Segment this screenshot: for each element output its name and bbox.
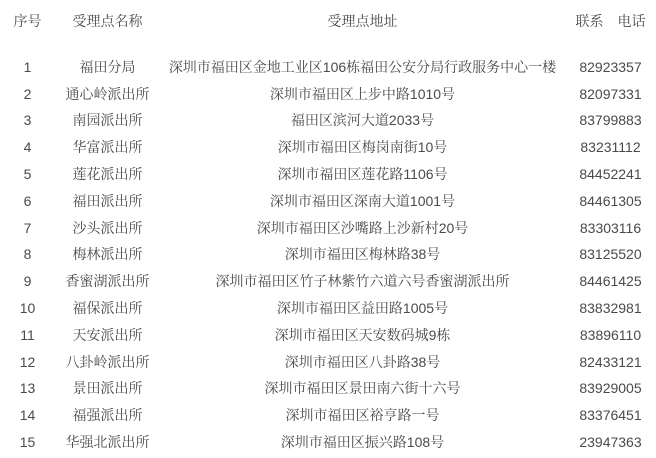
table-header-row: 序号 受理点名称 受理点地址 联系 电话 [0, 0, 656, 54]
acceptance-points-table: 序号 受理点名称 受理点地址 联系 电话 1 福田分局 深圳市福田区金地工业区1… [0, 0, 656, 456]
phone-cell: 83303116 [565, 215, 656, 242]
row-number-cell: 7 [0, 215, 55, 242]
address-cell: 深圳市福田区裕亨路一号 [160, 402, 565, 429]
phone-cell: 83376451 [565, 402, 656, 429]
table-row: 11 天安派出所 深圳市福田区天安数码城9栋 83896110 [0, 322, 656, 349]
station-name-cell: 莲花派出所 [55, 161, 160, 188]
station-name-cell: 福田分局 [55, 54, 160, 81]
address-cell: 深圳市福田区天安数码城9栋 [160, 322, 565, 349]
table-row: 2 通心岭派出所 深圳市福田区上步中路1010号 82097331 [0, 81, 656, 108]
table-row: 6 福田派出所 深圳市福田区深南大道1001号 84461305 [0, 188, 656, 215]
table-row: 7 沙头派出所 深圳市福田区沙嘴路上沙新村20号 83303116 [0, 215, 656, 242]
table-row: 12 八卦岭派出所 深圳市福田区八卦路38号 82433121 [0, 349, 656, 376]
phone-cell: 83125520 [565, 242, 656, 269]
row-number-cell: 8 [0, 242, 55, 269]
phone-cell: 83929005 [565, 376, 656, 403]
phone-cell: 83799883 [565, 108, 656, 135]
station-name-cell: 华富派出所 [55, 134, 160, 161]
row-number-cell: 13 [0, 376, 55, 403]
phone-cell: 84461425 [565, 268, 656, 295]
phone-cell: 82433121 [565, 349, 656, 376]
address-cell: 深圳市福田区竹子林紫竹六道六号香蜜湖派出所 [160, 268, 565, 295]
station-name-cell: 八卦岭派出所 [55, 349, 160, 376]
address-cell: 福田区滨河大道2033号 [160, 108, 565, 135]
row-number-cell: 2 [0, 81, 55, 108]
row-number-cell: 4 [0, 134, 55, 161]
address-cell: 深圳市福田区莲花路1106号 [160, 161, 565, 188]
station-name-cell: 天安派出所 [55, 322, 160, 349]
phone-cell: 23947363 [565, 429, 656, 456]
table-row: 9 香蜜湖派出所 深圳市福田区竹子林紫竹六道六号香蜜湖派出所 84461425 [0, 268, 656, 295]
table-row: 3 南园派出所 福田区滨河大道2033号 83799883 [0, 108, 656, 135]
column-header-address: 受理点地址 [160, 0, 565, 54]
row-number-cell: 5 [0, 161, 55, 188]
station-name-cell: 华强北派出所 [55, 429, 160, 456]
column-header-no: 序号 [0, 0, 55, 54]
address-cell: 深圳市福田区八卦路38号 [160, 349, 565, 376]
row-number-cell: 15 [0, 429, 55, 456]
row-number-cell: 10 [0, 295, 55, 322]
row-number-cell: 9 [0, 268, 55, 295]
address-cell: 深圳市福田区梅岗南街10号 [160, 134, 565, 161]
station-name-cell: 福保派出所 [55, 295, 160, 322]
table-row: 1 福田分局 深圳市福田区金地工业区106栋福田公安分局行政服务中心一楼 829… [0, 54, 656, 81]
station-name-cell: 福田派出所 [55, 188, 160, 215]
station-name-cell: 南园派出所 [55, 108, 160, 135]
address-cell: 深圳市福田区沙嘴路上沙新村20号 [160, 215, 565, 242]
table-row: 15 华强北派出所 深圳市福田区振兴路108号 23947363 [0, 429, 656, 456]
address-cell: 深圳市福田区金地工业区106栋福田公安分局行政服务中心一楼 [160, 54, 565, 81]
row-number-cell: 14 [0, 402, 55, 429]
address-cell: 深圳市福田区振兴路108号 [160, 429, 565, 456]
phone-cell: 82097331 [565, 81, 656, 108]
address-cell: 深圳市福田区益田路1005号 [160, 295, 565, 322]
station-name-cell: 梅林派出所 [55, 242, 160, 269]
station-name-cell: 香蜜湖派出所 [55, 268, 160, 295]
row-number-cell: 6 [0, 188, 55, 215]
address-cell: 深圳市福田区上步中路1010号 [160, 81, 565, 108]
address-cell: 深圳市福田区景田南六街十六号 [160, 376, 565, 403]
table-row: 4 华富派出所 深圳市福田区梅岗南街10号 83231112 [0, 134, 656, 161]
station-name-cell: 景田派出所 [55, 376, 160, 403]
table-row: 13 景田派出所 深圳市福田区景田南六街十六号 83929005 [0, 376, 656, 403]
column-header-name: 受理点名称 [55, 0, 160, 54]
phone-cell: 83832981 [565, 295, 656, 322]
row-number-cell: 11 [0, 322, 55, 349]
phone-cell: 82923357 [565, 54, 656, 81]
table-row: 8 梅林派出所 深圳市福田区梅林路38号 83125520 [0, 242, 656, 269]
row-number-cell: 12 [0, 349, 55, 376]
phone-cell: 83896110 [565, 322, 656, 349]
station-name-cell: 福强派出所 [55, 402, 160, 429]
column-header-phone: 联系 电话 [565, 0, 656, 54]
row-number-cell: 1 [0, 54, 55, 81]
table-row: 14 福强派出所 深圳市福田区裕亨路一号 83376451 [0, 402, 656, 429]
phone-cell: 84452241 [565, 161, 656, 188]
table-row: 10 福保派出所 深圳市福田区益田路1005号 83832981 [0, 295, 656, 322]
station-name-cell: 沙头派出所 [55, 215, 160, 242]
row-number-cell: 3 [0, 108, 55, 135]
address-cell: 深圳市福田区梅林路38号 [160, 242, 565, 269]
station-name-cell: 通心岭派出所 [55, 81, 160, 108]
address-cell: 深圳市福田区深南大道1001号 [160, 188, 565, 215]
phone-cell: 83231112 [565, 134, 656, 161]
table-row: 5 莲花派出所 深圳市福田区莲花路1106号 84452241 [0, 161, 656, 188]
phone-cell: 84461305 [565, 188, 656, 215]
